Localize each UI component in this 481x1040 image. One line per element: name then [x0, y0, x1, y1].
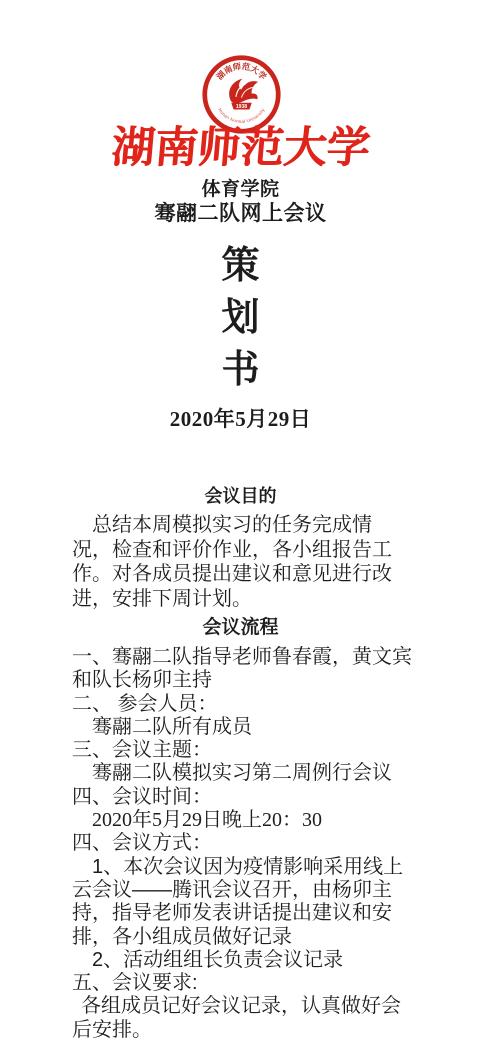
purpose-paragraph: 总结本周模拟实习的任务完成情 况，检查和评价作业，各小组报告工 作。对各成员提出…	[72, 513, 412, 611]
section-heading-process: 会议流程	[0, 612, 481, 639]
list-item: 2020年5月29日晚上20：30	[72, 809, 417, 832]
list-item: 三、会议主题：	[72, 739, 417, 762]
doc-title-char: 书	[0, 344, 481, 396]
list-item: 2、活动组组长负责会议记录	[72, 949, 417, 972]
list-item: 二、 参会人员：	[72, 693, 417, 716]
doc-title-char: 划	[0, 292, 481, 344]
list-item: 各组成员记好会议记录，认真做好会	[72, 995, 417, 1018]
list-item: 骞翮二队所有成员	[72, 716, 417, 739]
list-item: 五、会议要求:	[72, 972, 417, 995]
list-item: 四、会议方式：	[72, 832, 417, 855]
list-item: 和队长杨卯主持	[72, 669, 417, 692]
list-item: 云会议——腾讯会议召开，由杨卯主	[72, 879, 417, 902]
section-heading-purpose: 会议目的	[0, 482, 481, 508]
planning-document-page: 湖南师范大学 Hunan Normal University 1938 湖南师范…	[0, 0, 481, 1040]
list-item: 1、本次会议因为疫情影响采用线上	[72, 856, 417, 879]
list-item: 排，各小组成员做好记录	[72, 926, 417, 949]
text-line: 况，检查和评价作业，各小组报告工	[72, 538, 412, 563]
text-line: 总结本周模拟实习的任务完成情	[72, 513, 412, 538]
list-item: 骞翮二队模拟实习第二周例行会议	[72, 762, 417, 785]
process-list: 一、骞翮二队指导老师鲁春霞，黄文宾 和队长杨卯主持 二、 参会人员： 骞翮二队所…	[72, 646, 417, 1040]
seal-year: 1938	[236, 104, 247, 110]
document-title: 策 划 书	[0, 240, 481, 396]
list-item: 持，指导老师发表讲话提出建议和安	[72, 902, 417, 925]
text-line: 作。对各成员提出建议和意见进行改	[72, 562, 412, 587]
meeting-title: 骞翮二队网上会议	[0, 197, 481, 227]
university-name-calligraphy: 湖南师范大学	[0, 122, 481, 176]
list-item: 后安排。	[72, 1019, 417, 1040]
date-line: 2020年5月29日	[0, 403, 481, 433]
list-item: 一、骞翮二队指导老师鲁春霞，黄文宾	[72, 646, 417, 669]
list-item: 四、会议时间：	[72, 786, 417, 809]
text-line: 进，安排下周计划。	[72, 587, 412, 612]
doc-title-char: 策	[0, 240, 481, 292]
